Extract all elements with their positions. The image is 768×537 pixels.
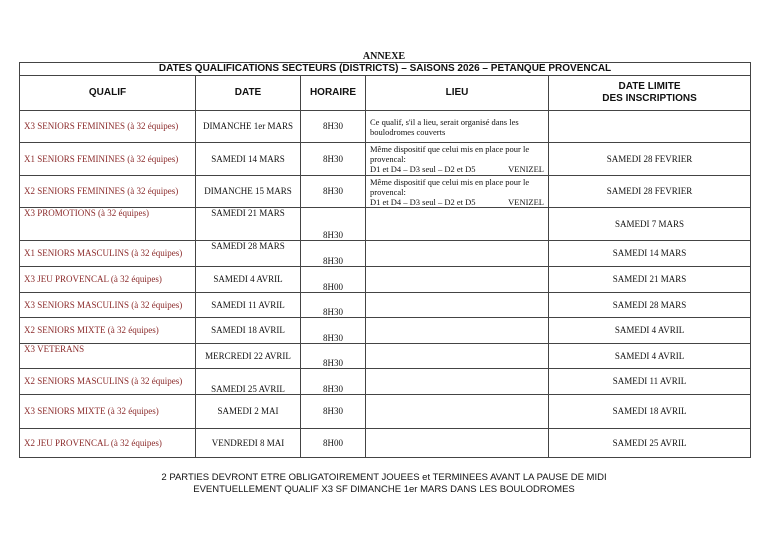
cell-qualif: X3 SENIORS MASCULINS (à 32 équipes) bbox=[20, 293, 196, 318]
cell-qualif: X2 SENIORS MIXTE (à 32 équipes) bbox=[20, 318, 196, 344]
table-row: X2 JEU PROVENCAL (à 32 équipes)VENDREDI … bbox=[20, 429, 751, 458]
cell-date-limite: SAMEDI 4 AVRIL bbox=[549, 318, 751, 344]
cell-lieu bbox=[366, 241, 549, 267]
header-horaire: HORAIRE bbox=[301, 76, 366, 111]
table-row: X1 SENIORS FEMININES (à 32 équipes)SAMED… bbox=[20, 143, 751, 176]
cell-date-limite: SAMEDI 7 MARS bbox=[549, 208, 751, 241]
lieu-venue: VENIZEL bbox=[508, 197, 544, 207]
cell-date: SAMEDI 18 AVRIL bbox=[196, 318, 301, 344]
header-date-limite: DATE LIMITE DES INSCRIPTIONS bbox=[549, 76, 751, 111]
cell-date-limite: SAMEDI 18 AVRIL bbox=[549, 395, 751, 429]
cell-horaire: 8H00 bbox=[301, 429, 366, 458]
header-date-limite-line2: DES INSCRIPTIONS bbox=[553, 93, 746, 105]
table-row: X1 SENIORS MASCULINS (à 32 équipes)SAMED… bbox=[20, 241, 751, 267]
cell-date-limite: SAMEDI 25 AVRIL bbox=[549, 429, 751, 458]
cell-lieu bbox=[366, 293, 549, 318]
cell-date-limite: SAMEDI 28 FEVRIER bbox=[549, 143, 751, 176]
cell-date-limite bbox=[549, 111, 751, 143]
cell-horaire: 8H30 bbox=[301, 395, 366, 429]
cell-lieu bbox=[366, 267, 549, 293]
lieu-line: provencal: bbox=[370, 154, 544, 164]
cell-qualif: X3 SENIORS FEMININES (à 32 équipes) bbox=[20, 111, 196, 143]
lieu-districts: D1 et D4 – D3 seul – D2 et D5 bbox=[370, 164, 476, 174]
table-header-row: QUALIF DATE HORAIRE LIEU DATE LIMITE DES… bbox=[20, 76, 751, 111]
table-row: X3 PROMOTIONS (à 32 équipes)SAMEDI 21 MA… bbox=[20, 208, 751, 241]
cell-date-limite: SAMEDI 21 MARS bbox=[549, 267, 751, 293]
cell-lieu bbox=[366, 395, 549, 429]
cell-horaire: 8H30 bbox=[301, 293, 366, 318]
table-row: X3 JEU PROVENCAL (à 32 équipes)SAMEDI 4 … bbox=[20, 267, 751, 293]
cell-qualif: X3 VETERANS bbox=[20, 344, 196, 369]
table-row: X3 SENIORS FEMININES (à 32 équipes)DIMAN… bbox=[20, 111, 751, 143]
table-row: X2 SENIORS MASCULINS (à 32 équipes)SAMED… bbox=[20, 369, 751, 395]
footer-line-2: EVENTUELLEMENT QUALIF X3 SF DIMANCHE 1er… bbox=[0, 484, 768, 496]
cell-qualif: X2 SENIORS FEMININES (à 32 équipes) bbox=[20, 176, 196, 208]
cell-lieu bbox=[366, 344, 549, 369]
lieu-line: provencal: bbox=[370, 187, 544, 197]
annexe-label: ANNEXE bbox=[0, 51, 768, 62]
lieu-line: Même dispositif que celui mis en place p… bbox=[370, 144, 544, 154]
header-date-limite-line1: DATE LIMITE bbox=[553, 81, 746, 93]
cell-qualif: X1 SENIORS MASCULINS (à 32 équipes) bbox=[20, 241, 196, 267]
cell-date-limite: SAMEDI 4 AVRIL bbox=[549, 344, 751, 369]
lieu-line: D1 et D4 – D3 seul – D2 et D5VENIZEL bbox=[370, 197, 544, 207]
lieu-line: Ce qualif, s'il a lieu, serait organisé … bbox=[370, 117, 544, 127]
cell-date: VENDREDI 8 MAI bbox=[196, 429, 301, 458]
cell-horaire: 8H30 bbox=[301, 176, 366, 208]
cell-lieu bbox=[366, 369, 549, 395]
table-row: X3 SENIORS MIXTE (à 32 équipes)SAMEDI 2 … bbox=[20, 395, 751, 429]
cell-date-limite: SAMEDI 14 MARS bbox=[549, 241, 751, 267]
qualification-schedule-table: DATES QUALIFICATIONS SECTEURS (DISTRICTS… bbox=[19, 62, 751, 458]
cell-horaire: 8H30 bbox=[301, 143, 366, 176]
lieu-line: boulodromes couverts bbox=[370, 127, 544, 137]
cell-horaire: 8H30 bbox=[301, 344, 366, 369]
cell-date: SAMEDI 25 AVRIL bbox=[196, 369, 301, 395]
cell-lieu bbox=[366, 429, 549, 458]
cell-date: DIMANCHE 1er MARS bbox=[196, 111, 301, 143]
cell-lieu: Même dispositif que celui mis en place p… bbox=[366, 176, 549, 208]
cell-date: SAMEDI 21 MARS bbox=[196, 208, 301, 241]
cell-date-limite: SAMEDI 28 MARS bbox=[549, 293, 751, 318]
cell-lieu bbox=[366, 318, 549, 344]
cell-horaire: 8H30 bbox=[301, 241, 366, 267]
footer-notes: 2 PARTIES DEVRONT ETRE OBLIGATOIREMENT J… bbox=[0, 472, 768, 496]
cell-qualif: X2 SENIORS MASCULINS (à 32 équipes) bbox=[20, 369, 196, 395]
cell-qualif: X3 SENIORS MIXTE (à 32 équipes) bbox=[20, 395, 196, 429]
lieu-venue: VENIZEL bbox=[508, 164, 544, 174]
cell-date-limite: SAMEDI 11 AVRIL bbox=[549, 369, 751, 395]
table-row: X2 SENIORS MIXTE (à 32 équipes)SAMEDI 18… bbox=[20, 318, 751, 344]
table-body: X3 SENIORS FEMININES (à 32 équipes)DIMAN… bbox=[20, 111, 751, 458]
table-title-row: DATES QUALIFICATIONS SECTEURS (DISTRICTS… bbox=[20, 63, 751, 76]
footer-line-1: 2 PARTIES DEVRONT ETRE OBLIGATOIREMENT J… bbox=[0, 472, 768, 484]
cell-lieu: Même dispositif que celui mis en place p… bbox=[366, 143, 549, 176]
cell-horaire: 8H30 bbox=[301, 318, 366, 344]
cell-horaire: 8H30 bbox=[301, 111, 366, 143]
cell-horaire: 8H30 bbox=[301, 208, 366, 241]
cell-qualif: X3 JEU PROVENCAL (à 32 équipes) bbox=[20, 267, 196, 293]
cell-horaire: 8H30 bbox=[301, 369, 366, 395]
lieu-line: Même dispositif que celui mis en place p… bbox=[370, 177, 544, 187]
cell-date-limite: SAMEDI 28 FEVRIER bbox=[549, 176, 751, 208]
header-qualif: QUALIF bbox=[20, 76, 196, 111]
cell-date: SAMEDI 14 MARS bbox=[196, 143, 301, 176]
table-row: X2 SENIORS FEMININES (à 32 équipes)DIMAN… bbox=[20, 176, 751, 208]
header-lieu: LIEU bbox=[366, 76, 549, 111]
cell-qualif: X2 JEU PROVENCAL (à 32 équipes) bbox=[20, 429, 196, 458]
header-date: DATE bbox=[196, 76, 301, 111]
cell-date: MERCREDI 22 AVRIL bbox=[196, 344, 301, 369]
table-row: X3 SENIORS MASCULINS (à 32 équipes)SAMED… bbox=[20, 293, 751, 318]
cell-lieu bbox=[366, 208, 549, 241]
cell-date: SAMEDI 28 MARS bbox=[196, 241, 301, 267]
table-row: X3 VETERANSMERCREDI 22 AVRIL8H30SAMEDI 4… bbox=[20, 344, 751, 369]
table-title: DATES QUALIFICATIONS SECTEURS (DISTRICTS… bbox=[20, 63, 751, 76]
cell-horaire: 8H00 bbox=[301, 267, 366, 293]
cell-date: SAMEDI 4 AVRIL bbox=[196, 267, 301, 293]
cell-date: SAMEDI 2 MAI bbox=[196, 395, 301, 429]
cell-qualif: X3 PROMOTIONS (à 32 équipes) bbox=[20, 208, 196, 241]
cell-date: SAMEDI 11 AVRIL bbox=[196, 293, 301, 318]
lieu-line: D1 et D4 – D3 seul – D2 et D5VENIZEL bbox=[370, 164, 544, 174]
cell-qualif: X1 SENIORS FEMININES (à 32 équipes) bbox=[20, 143, 196, 176]
lieu-districts: D1 et D4 – D3 seul – D2 et D5 bbox=[370, 197, 476, 207]
cell-date: DIMANCHE 15 MARS bbox=[196, 176, 301, 208]
cell-lieu: Ce qualif, s'il a lieu, serait organisé … bbox=[366, 111, 549, 143]
